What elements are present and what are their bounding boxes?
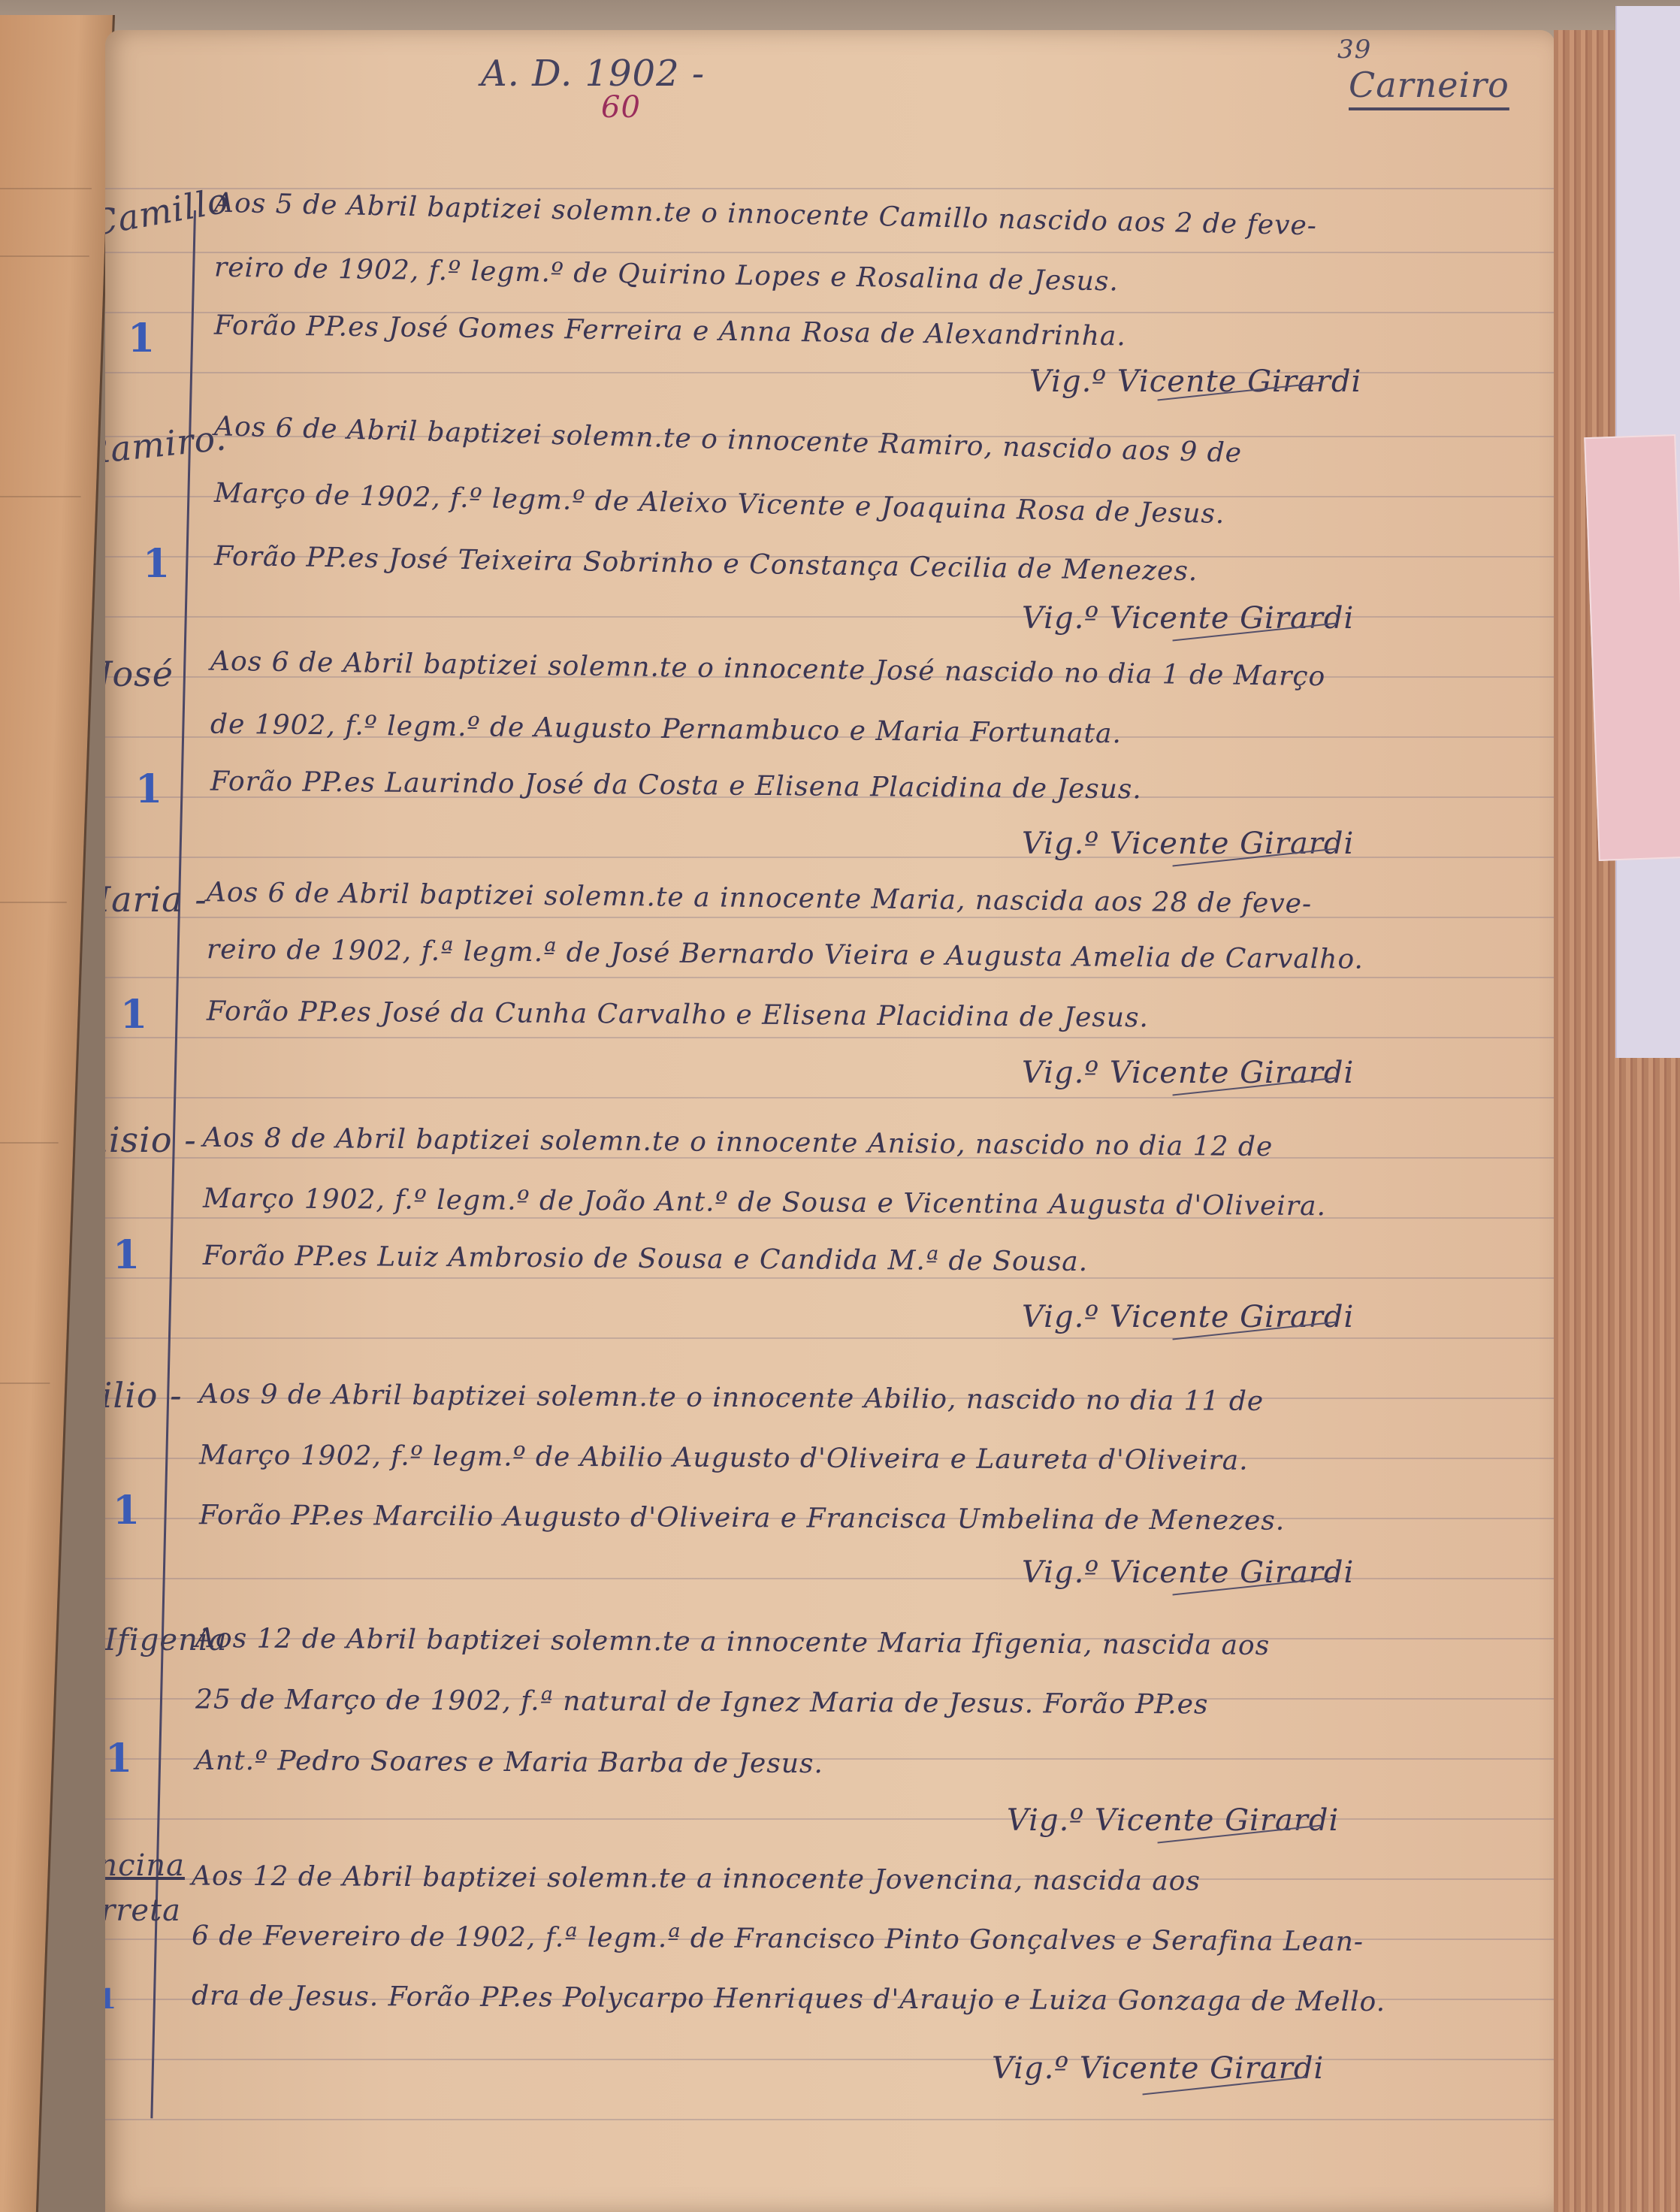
- entry-margin-name: José: [105, 654, 174, 694]
- signature: Vig.º Vicente Girardi: [1029, 364, 1361, 399]
- entry-line: reiro de 1902, f.º legm.º de Quirino Lop…: [214, 252, 1119, 298]
- folio-number: 60: [601, 90, 641, 125]
- entry-line: Aos 6 de Abril baptizei solemn.te a inno…: [207, 877, 1313, 919]
- tally-mark: 1: [120, 992, 147, 1038]
- bleed-through-line: [0, 1142, 59, 1144]
- tally-mark: 1: [105, 1736, 132, 1781]
- signature: Vig.º Vicente Girardi: [1022, 826, 1354, 861]
- ruled-line: [105, 1037, 1555, 1038]
- entry-line: Forão PP.es Luiz Ambrosio de Sousa e Can…: [203, 1240, 1088, 1277]
- entry-line: Forão PP.es José Teixeira Sobrinho e Con…: [214, 541, 1198, 588]
- ruled-line: [105, 1097, 1555, 1098]
- ruled-line: [105, 2119, 1555, 2120]
- entry-margin-name-secondary: Laurreta: [105, 1893, 181, 1928]
- bleed-through-line: [0, 188, 92, 189]
- bleed-through-line: [0, 496, 81, 497]
- entry-line: Aos 6 de Abril baptizei solemn.te o inno…: [214, 411, 1243, 469]
- entry-line: dra de Jesus. Forão PP.es Polycarpo Henr…: [192, 1981, 1385, 2017]
- tally-mark: 1: [128, 316, 155, 361]
- entry-margin-name: Anisio -: [105, 1120, 197, 1160]
- tally-mark: 1: [143, 541, 170, 587]
- pink-bookmark-tab: [1584, 434, 1680, 861]
- entry-margin-name: Jovencina: [105, 1848, 185, 1883]
- tally-mark: 1: [135, 766, 162, 812]
- entry-line: Março de 1902, f.º legm.º de Aleixo Vice…: [214, 478, 1225, 530]
- entry-margin-name: Abilio -: [105, 1375, 183, 1416]
- entry-line: Aos 12 de Abril baptizei solemn.te a inn…: [192, 1860, 1201, 1896]
- tally-mark: 1: [105, 1984, 116, 2015]
- entry-margin-name: Ramiro.: [105, 417, 228, 473]
- entry-line: Ant.º Pedro Soares e Maria Barba de Jesu…: [195, 1745, 823, 1779]
- entry-line: Forão PP.es José da Cunha Carvalho e Eli…: [207, 996, 1149, 1034]
- register-page: A. D. 1902 - 60 39 Carneiro Camillo 1 Ao…: [105, 30, 1555, 2212]
- bleed-through-line: [0, 255, 89, 257]
- entry-margin-name: Camillo: [105, 180, 231, 243]
- entry-line: Forão PP.es Laurindo José da Costa e Eli…: [210, 766, 1142, 805]
- bleed-through-line: [0, 902, 67, 903]
- header-year: A. D. 1902 -: [481, 53, 705, 95]
- entry-margin-name: Maria -: [105, 879, 207, 920]
- signature: Vig.º Vicente Girardi: [1022, 1056, 1354, 1090]
- entry-line: 6 de Fevereiro de 1902, f.ª legm.ª de Fr…: [192, 1920, 1364, 1957]
- ruled-line: [105, 977, 1555, 978]
- signature: Vig.º Vicente Girardi: [1022, 1300, 1354, 1334]
- signature: Vig.º Vicente Girardi: [1022, 1555, 1354, 1590]
- tally-mark: 1: [113, 1232, 140, 1278]
- ruled-line: [105, 252, 1555, 253]
- ruled-line: [105, 1337, 1555, 1339]
- entry-line: de 1902, f.º legm.º de Augusto Pernambuc…: [210, 709, 1122, 750]
- entry-line: Aos 9 de Abril baptizei solemn.te o inno…: [199, 1379, 1264, 1417]
- ruled-line: [105, 1277, 1555, 1279]
- signature: Vig.º Vicente Girardi: [1007, 1803, 1339, 1838]
- ruled-line: [105, 2059, 1555, 2060]
- page-number: 39: [1337, 35, 1371, 65]
- entry-line: 25 de Março de 1902, f.ª natural de Igne…: [195, 1684, 1209, 1720]
- surname-heading: Carneiro: [1349, 65, 1509, 105]
- signature: Vig.º Vicente Girardi: [1022, 601, 1354, 636]
- tally-mark: 1: [113, 1488, 140, 1534]
- ruled-line: [105, 917, 1555, 918]
- entry-line: Forão PP.es José Gomes Ferreira e Anna R…: [214, 310, 1126, 352]
- entry-line: reiro de 1902, f.ª legm.ª de José Bernar…: [207, 934, 1364, 975]
- entry-line: Março 1902, f.º legm.º de Abilio Augusto…: [199, 1440, 1249, 1476]
- left-facing-page: [0, 15, 115, 2212]
- bleed-through-line: [0, 1382, 50, 1384]
- entry-line: Aos 12 de Abril baptizei solemn.te a inn…: [195, 1623, 1270, 1661]
- entry-line: Aos 5 de Abril baptizei solemn.te o inno…: [214, 188, 1318, 242]
- entry-line: Março 1902, f.º legm.º de João Ant.º de …: [203, 1183, 1326, 1222]
- entry-line: Forão PP.es Marcilio Augusto d'Oliveira …: [199, 1500, 1285, 1537]
- entry-line: Aos 6 de Abril baptizei solemn.te o inno…: [210, 646, 1326, 693]
